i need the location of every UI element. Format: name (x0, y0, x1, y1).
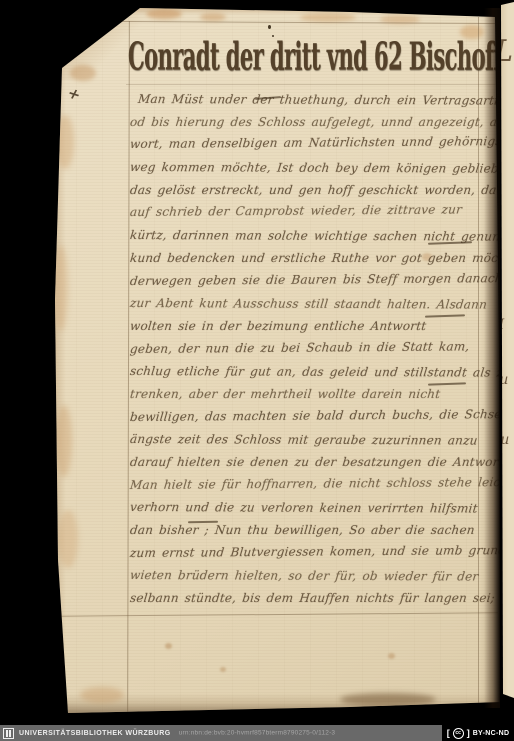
scan-viewport: Conradt der dritt vnd 62 Bischoff: + Man… (0, 0, 514, 741)
badge-bracket-left: [ (447, 729, 450, 738)
manuscript-line: geben, der nun die zu bei Schaub in die … (129, 335, 483, 360)
adjacent-page-text-fragment: Li (499, 34, 514, 69)
manuscript-line: verhorn und die zu verloren keinen verir… (129, 496, 483, 520)
stain (80, 687, 124, 703)
adjacent-page-text-fragment: zu (499, 372, 508, 388)
manuscript-line: dan bisher ; Nun thu bewilligen, So aber… (129, 519, 483, 542)
manuscript-line: kund bedencken und erstliche Ruthe vor g… (129, 247, 483, 270)
manuscript-line: zur Abent kunt Ausschuss still staandt h… (129, 292, 483, 316)
manuscript-line: auf schrieb der Camprobst wieder, die zi… (129, 199, 483, 224)
manuscript-line: selbann stündte, bis dem Hauffen nichts … (129, 587, 483, 610)
page-edge-shading-bottom (60, 693, 502, 715)
ruled-line-heading-base (126, 84, 496, 85)
manuscript-line: Man Müst under der thuethung, durch ein … (137, 88, 483, 112)
cc-license-badge: [ cc ] BY-NC-ND (442, 725, 514, 741)
stain (165, 643, 172, 649)
stain (388, 653, 395, 659)
manuscript-line: Man hielt sie für hoffnarren, die nicht … (129, 471, 483, 496)
binding-gutter-shadow (484, 8, 500, 708)
manuscript-line: derwegen geben sie die Bauren bis Steff … (129, 267, 483, 292)
stain (340, 693, 436, 706)
manuscript-page: Conradt der dritt vnd 62 Bischoff: + Man… (50, 5, 505, 720)
manuscript-line: ängste zeit des Schloss mit geraube zuzu… (129, 428, 483, 452)
margin-cross-mark: + (64, 84, 85, 104)
stain (58, 510, 78, 568)
page-edge-shading-left (50, 45, 66, 715)
ruled-line-bottom (58, 612, 498, 616)
adjacent-page-edge: Li ſ ( li p H zu au ſi g n (499, 2, 514, 698)
library-branding: UNIVERSITÄTSBIBLIOTHEK WÜRZBURG (3, 725, 171, 741)
cc-icon: cc (453, 728, 464, 739)
stain (54, 245, 68, 331)
manuscript-line: zum ernst und Blutvergiessen komen, und … (129, 539, 483, 564)
stain (220, 667, 226, 672)
university-library-logo-icon (3, 728, 14, 739)
urn-identifier-label: urn:nbn:de:bvb:20-hvmrf857bterm8790275-0… (179, 730, 336, 737)
stain (200, 13, 226, 21)
library-name-label: UNIVERSITÄTSBIBLIOTHEK WÜRZBURG (19, 730, 171, 737)
adjacent-page-text-fragment: au (499, 432, 509, 448)
stain (146, 9, 182, 19)
chapter-heading: Conradt der dritt vnd 62 Bischoff: (128, 35, 509, 80)
manuscript-line: darauf hielten sie denen zu der besatzun… (129, 451, 483, 474)
stain (56, 405, 72, 477)
manuscript-line: trenken, aber der mehrtheil wollte darei… (129, 383, 483, 406)
manuscript-line: bewilligen, das machten sie bald durch b… (129, 403, 483, 428)
page-edge-shading-top (110, 5, 505, 15)
footer-bar: UNIVERSITÄTSBIBLIOTHEK WÜRZBURG urn:nbn:… (0, 725, 514, 741)
ruled-line-top (120, 21, 498, 24)
manuscript-line: wort, man denselbigen am Natürlichsten u… (129, 131, 483, 156)
license-label: BY-NC-ND (473, 730, 510, 737)
manuscript-line: weg kommen möchte, Ist doch bey dem köni… (129, 156, 483, 180)
stain (70, 65, 96, 81)
manuscript-line: wolten sie in der bezimung entliche Antw… (129, 315, 483, 338)
manuscript-line: schlug etliche für gut an, das geleid un… (129, 360, 483, 384)
handwritten-text-block: Man Müst under der thuethung, durch ein … (130, 88, 482, 610)
badge-bracket-right: ] (467, 729, 470, 738)
stain (300, 13, 356, 22)
manuscript-line: kürtz, darinnen man solche wichtige sach… (129, 224, 483, 248)
manuscript-line: wieten brüdern hielten, so der für, ob w… (129, 564, 483, 588)
stain (380, 15, 420, 24)
ink-speck (268, 25, 271, 29)
stain (56, 115, 74, 169)
